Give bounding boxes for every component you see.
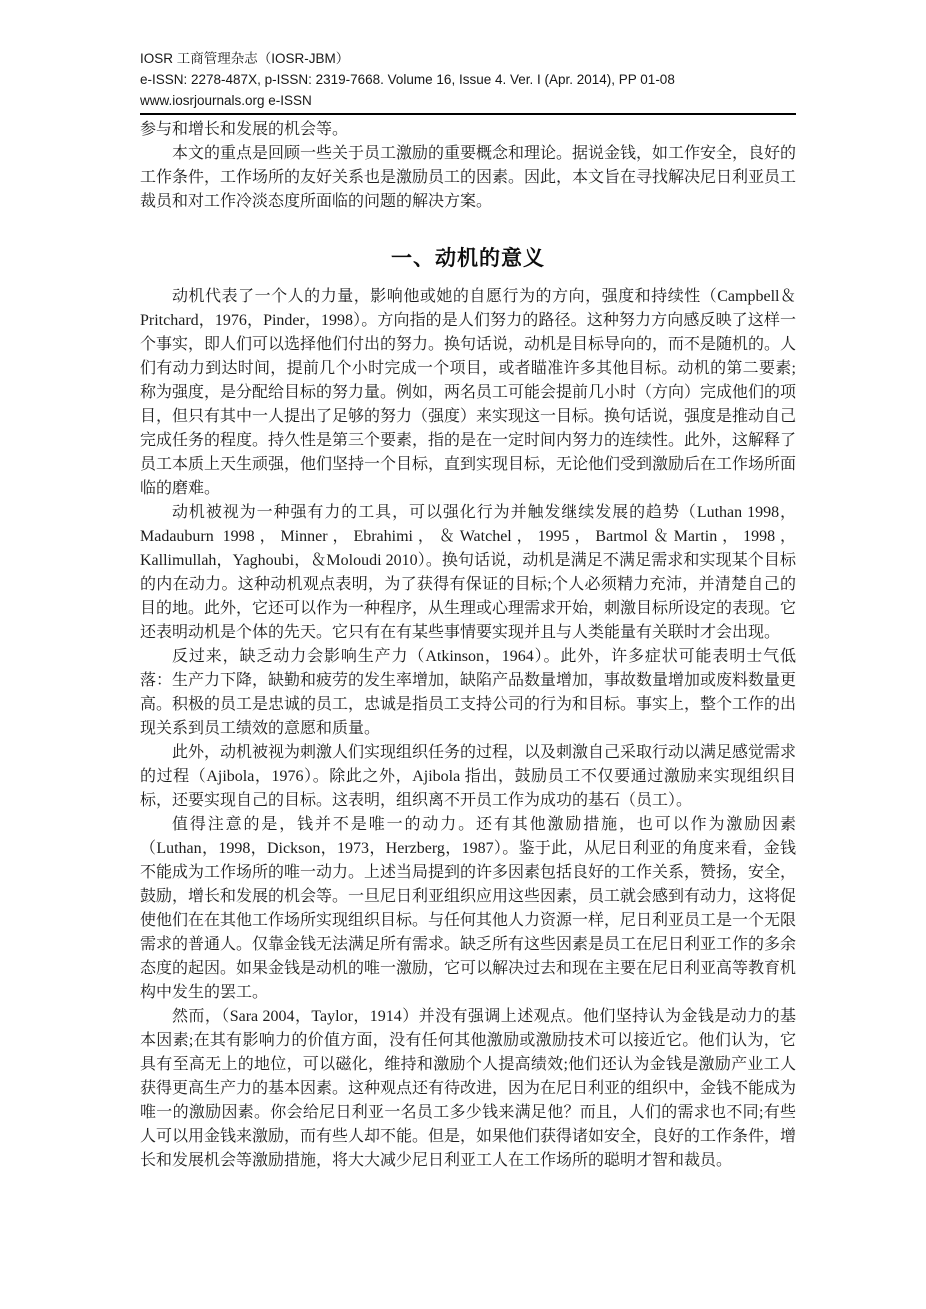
website-line: www.iosrjournals.org e-ISSN xyxy=(140,90,796,111)
paper-page: IOSR 工商管理杂志（IOSR-JBM） e-ISSN: 2278-487X,… xyxy=(0,0,926,1309)
body-paragraph: 反过来，缺乏动力会影响生产力（Atkinson，1964）。此外，许多症状可能表… xyxy=(140,645,796,741)
body-paragraph: 然而，（Sara 2004，Taylor，1914）并没有强调上述观点。他们坚持… xyxy=(140,1005,796,1173)
body-paragraph: 值得注意的是，钱并不是唯一的动力。还有其他激励措施，也可以作为激励因素（Luth… xyxy=(140,813,796,1005)
continuation-paragraph: 参与和增长和发展的机会等。 xyxy=(140,118,796,142)
intro-paragraph: 本文的重点是回顾一些关于员工激励的重要概念和理论。据说金钱，如工作安全，良好的工… xyxy=(140,142,796,214)
page-header: IOSR 工商管理杂志（IOSR-JBM） e-ISSN: 2278-487X,… xyxy=(140,48,796,111)
body-paragraph: 此外，动机被视为刺激人们实现组织任务的过程，以及刺激自己采取行动以满足感觉需求的… xyxy=(140,741,796,813)
body-paragraph: 动机代表了一个人的力量，影响他或她的自愿行为的方向，强度和持续性（Campbel… xyxy=(140,285,796,501)
section-heading: 一、动机的意义 xyxy=(140,246,796,272)
document-body: 参与和增长和发展的机会等。 本文的重点是回顾一些关于员工激励的重要概念和理论。据… xyxy=(140,118,796,1173)
page-content: IOSR 工商管理杂志（IOSR-JBM） e-ISSN: 2278-487X,… xyxy=(140,48,796,1173)
journal-title-line: IOSR 工商管理杂志（IOSR-JBM） xyxy=(140,48,796,69)
issn-volume-line: e-ISSN: 2278-487X, p-ISSN: 2319-7668. Vo… xyxy=(140,69,796,90)
body-paragraph: 动机被视为一种强有力的工具，可以强化行为并触发继续发展的趋势（Luthan 19… xyxy=(140,501,796,645)
header-divider xyxy=(140,113,796,115)
